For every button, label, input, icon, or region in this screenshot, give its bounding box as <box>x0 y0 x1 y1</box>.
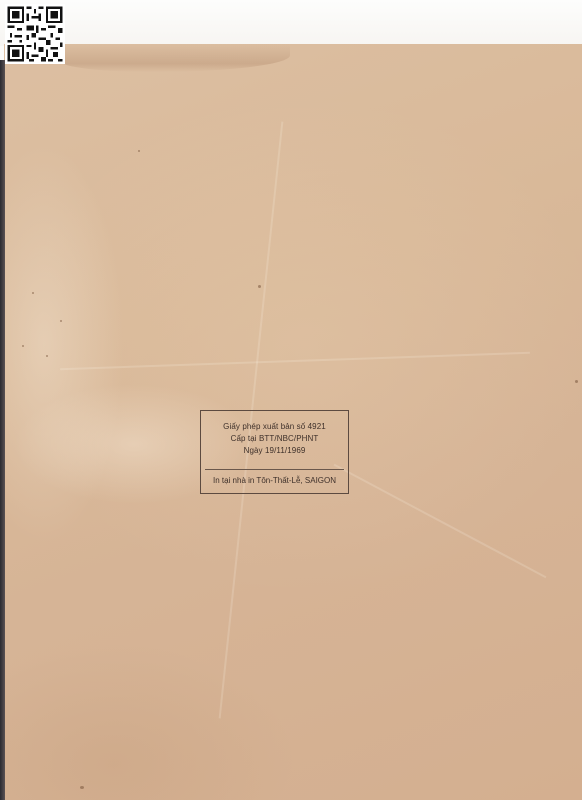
qr-code-icon <box>5 4 65 64</box>
permit-date: Ngày 19/11/1969 <box>201 445 348 457</box>
foxing-spot <box>138 150 140 152</box>
foxing-spot <box>32 292 34 294</box>
foxing-spot <box>46 355 48 357</box>
foxing-spot <box>22 345 24 347</box>
printer-info: In tại nhà in Tôn-Thất-Lễ, SAIGON <box>201 475 348 487</box>
scan-margin-top <box>0 0 582 46</box>
stamp-divider <box>205 469 344 470</box>
publication-permit-stamp: Giấy phép xuất bản số 4921 Cấp tại BTT/N… <box>200 410 349 494</box>
foxing-spot <box>575 380 578 383</box>
foxing-spot <box>80 786 84 789</box>
foxing-spot <box>60 320 62 322</box>
scan-left-edge <box>0 60 5 800</box>
permit-number: Giấy phép xuất bản số 4921 <box>201 421 348 433</box>
foxing-spot <box>258 285 261 288</box>
issuing-authority: Cấp tại BTT/NBC/PHNT <box>201 433 348 445</box>
